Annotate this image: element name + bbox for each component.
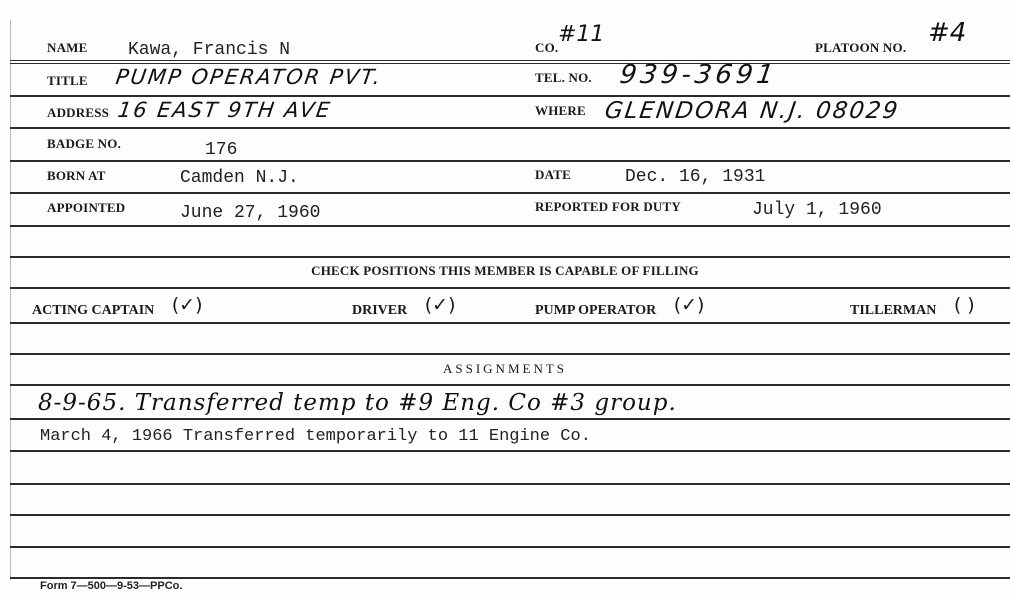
born-at-label: BORN AT <box>47 168 106 184</box>
check-mark-icon[interactable]: (✓) <box>172 294 203 316</box>
address-label: ADDRESS <box>47 105 109 121</box>
appointed-label: APPOINTED <box>47 200 125 216</box>
name-label: NAME <box>47 40 88 56</box>
born-at-value: Camden N.J. <box>180 168 299 188</box>
position-acting-captain: ACTING CAPTAIN (✓) <box>32 297 203 319</box>
badge-label: BADGE NO. <box>47 136 121 152</box>
assignments-heading: ASSIGNMENTS <box>0 361 1010 377</box>
assignment-entry-1: 8-9-65. Transferred temp to #9 Eng. Co #… <box>38 390 677 416</box>
where-label: WHERE <box>535 103 586 119</box>
platoon-label: PLATOON NO. <box>815 40 906 56</box>
rule-blank-2 <box>10 353 1010 355</box>
rule-assignment-6 <box>10 577 1010 579</box>
position-tillerman: TILLERMAN ( ) <box>850 297 975 319</box>
rule-name <box>10 60 1010 61</box>
rule-assignment-3 <box>10 483 1010 485</box>
position-pump-operator: PUMP OPERATOR (✓) <box>535 297 704 319</box>
reported-for-duty-value: July 1, 1960 <box>752 200 882 220</box>
position-driver: DRIVER (✓) <box>352 297 455 319</box>
rule-positions <box>10 322 1010 324</box>
company-label: CO. <box>535 40 558 56</box>
reported-for-duty-label: REPORTED FOR DUTY <box>535 199 681 215</box>
rule-assignment-5 <box>10 546 1010 548</box>
tel-value: 939-3691 <box>618 60 779 90</box>
badge-value: 176 <box>205 140 237 160</box>
platoon-value: #4 <box>928 18 966 48</box>
assignment-entry-2: March 4, 1966 Transferred temporarily to… <box>40 427 591 446</box>
personnel-record-card: NAME Kawa, Francis N CO. #11 PLATOON NO.… <box>0 0 1010 600</box>
check-mark-icon[interactable]: (✓) <box>674 294 705 316</box>
address-value: 16 EAST 9TH AVE <box>116 98 333 122</box>
rule-badge <box>10 160 1010 162</box>
rule-address <box>10 127 1010 129</box>
empty-check-box-icon[interactable]: ( ) <box>954 294 975 316</box>
where-value: GLENDORA N.J. 08029 <box>603 98 901 124</box>
birth-date-value: Dec. 16, 1931 <box>625 167 765 187</box>
rule-appointed <box>10 225 1010 227</box>
position-label: PUMP OPERATOR <box>535 303 656 318</box>
position-label: TILLERMAN <box>850 303 936 318</box>
rule-born <box>10 192 1010 194</box>
title-value: PUMP OPERATOR PVT. <box>114 65 383 89</box>
title-label: TITLE <box>47 73 88 89</box>
left-margin-line <box>10 20 11 580</box>
positions-heading: CHECK POSITIONS THIS MEMBER IS CAPABLE O… <box>0 263 1010 279</box>
rule-positions-heading <box>10 287 1010 289</box>
position-label: ACTING CAPTAIN <box>32 303 154 318</box>
rule-title <box>10 95 1010 97</box>
check-mark-icon[interactable]: (✓) <box>425 294 456 316</box>
name-value: Kawa, Francis N <box>128 40 290 60</box>
appointed-value: June 27, 1960 <box>180 203 320 223</box>
position-label: DRIVER <box>352 303 407 318</box>
rule-blank-1 <box>10 256 1010 258</box>
form-number: Form 7—500—9-53—PPCo. <box>40 580 182 592</box>
birth-date-label: DATE <box>535 167 571 183</box>
rule-assignment-4 <box>10 514 1010 516</box>
rule-assignment-2 <box>10 450 1010 452</box>
rule-assignment-1 <box>10 418 1010 420</box>
rule-assignments-heading <box>10 384 1010 386</box>
tel-label: TEL. NO. <box>535 70 592 86</box>
company-value: #11 <box>558 22 604 47</box>
